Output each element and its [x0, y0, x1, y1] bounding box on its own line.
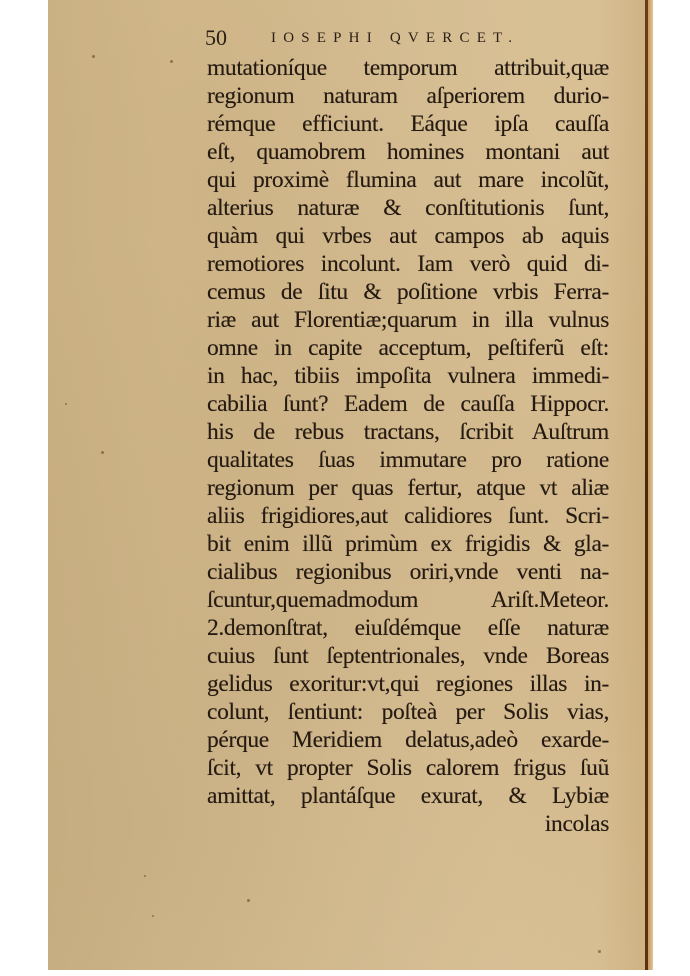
text-line: ſcit, vt propter Solis calorem frigus ſu…	[207, 754, 609, 782]
page-number: 50	[205, 24, 227, 52]
catchword: incolas	[207, 810, 609, 838]
text-line: colunt, ſentiunt: poſteà per Solis vias,	[207, 698, 609, 726]
text-line: cabilia ſunt? Eadem de cauſſa Hippocr.	[207, 390, 609, 418]
paper-speck	[65, 403, 67, 405]
text-line: rémque efficiunt. Eáque ipſa cauſſa	[207, 110, 609, 138]
page-header: 50 IOSEPHI QVERCET.	[205, 24, 607, 52]
text-line: eſt, quamobrem homines montani aut	[207, 138, 609, 166]
text-line: cuius ſunt ſeptentrionales, vnde Boreas	[207, 642, 609, 670]
paper-speck	[598, 950, 601, 953]
text-line: quàm qui vrbes aut campos ab aquis	[207, 222, 609, 250]
text-line: 2.demonſtrat, eiuſdémque eſſe naturæ	[207, 614, 609, 642]
paper-speck	[92, 55, 95, 58]
paper-speck	[247, 899, 250, 902]
text-line: omne in capite acceptum, peſtiferũ eſt:	[207, 334, 609, 362]
text-line: in hac, tibiis impoſita vulnera immedi-	[207, 362, 609, 390]
running-head: IOSEPHI QVERCET.	[271, 26, 519, 50]
text-line: alterius naturæ & conſtitutionis ſunt,	[207, 194, 609, 222]
body-text: mutationíque temporum attribuit,quæ regi…	[207, 54, 609, 838]
text-line: bit enim illũ primùm ex frigidis & gla-	[207, 530, 609, 558]
text-line: regionum naturam aſperiorem durio-	[207, 82, 609, 110]
text-line: regionum per quas fertur, atque vt aliæ	[207, 474, 609, 502]
binding-strip	[648, 0, 653, 970]
text-line: amittat, plantáſque exurat, & Lybiæ	[207, 782, 609, 810]
text-line: his de rebus tractans, ſcribit Auſtrum	[207, 418, 609, 446]
text-line: riæ aut Florentiæ;quarum in illa vulnus	[207, 306, 609, 334]
paper-speck	[152, 915, 154, 917]
paper-speck	[144, 875, 146, 877]
text-line: ſcuntur,quemadmodum Ariſt.Meteor.	[207, 586, 609, 614]
text-line: qualitates ſuas immutare pro ratione	[207, 446, 609, 474]
paper-speck	[170, 60, 173, 63]
text-line: qui proximè flumina aut mare incolũt,	[207, 166, 609, 194]
text-line: cemus de ſitu & poſitione vrbis Ferra-	[207, 278, 609, 306]
text-line: pérque Meridiem delatus,adeò exarde-	[207, 726, 609, 754]
text-line: aliis frigidiores,aut calidiores ſunt. S…	[207, 502, 609, 530]
text-line: mutationíque temporum attribuit,quæ	[207, 54, 609, 82]
text-line: cialibus regionibus oriri,vnde venti na-	[207, 558, 609, 586]
paper-speck	[101, 451, 104, 454]
text-line: remotiores incolunt. Iam verò quid di-	[207, 250, 609, 278]
text-line: gelidus exoritur:vt,qui regiones illas i…	[207, 670, 609, 698]
